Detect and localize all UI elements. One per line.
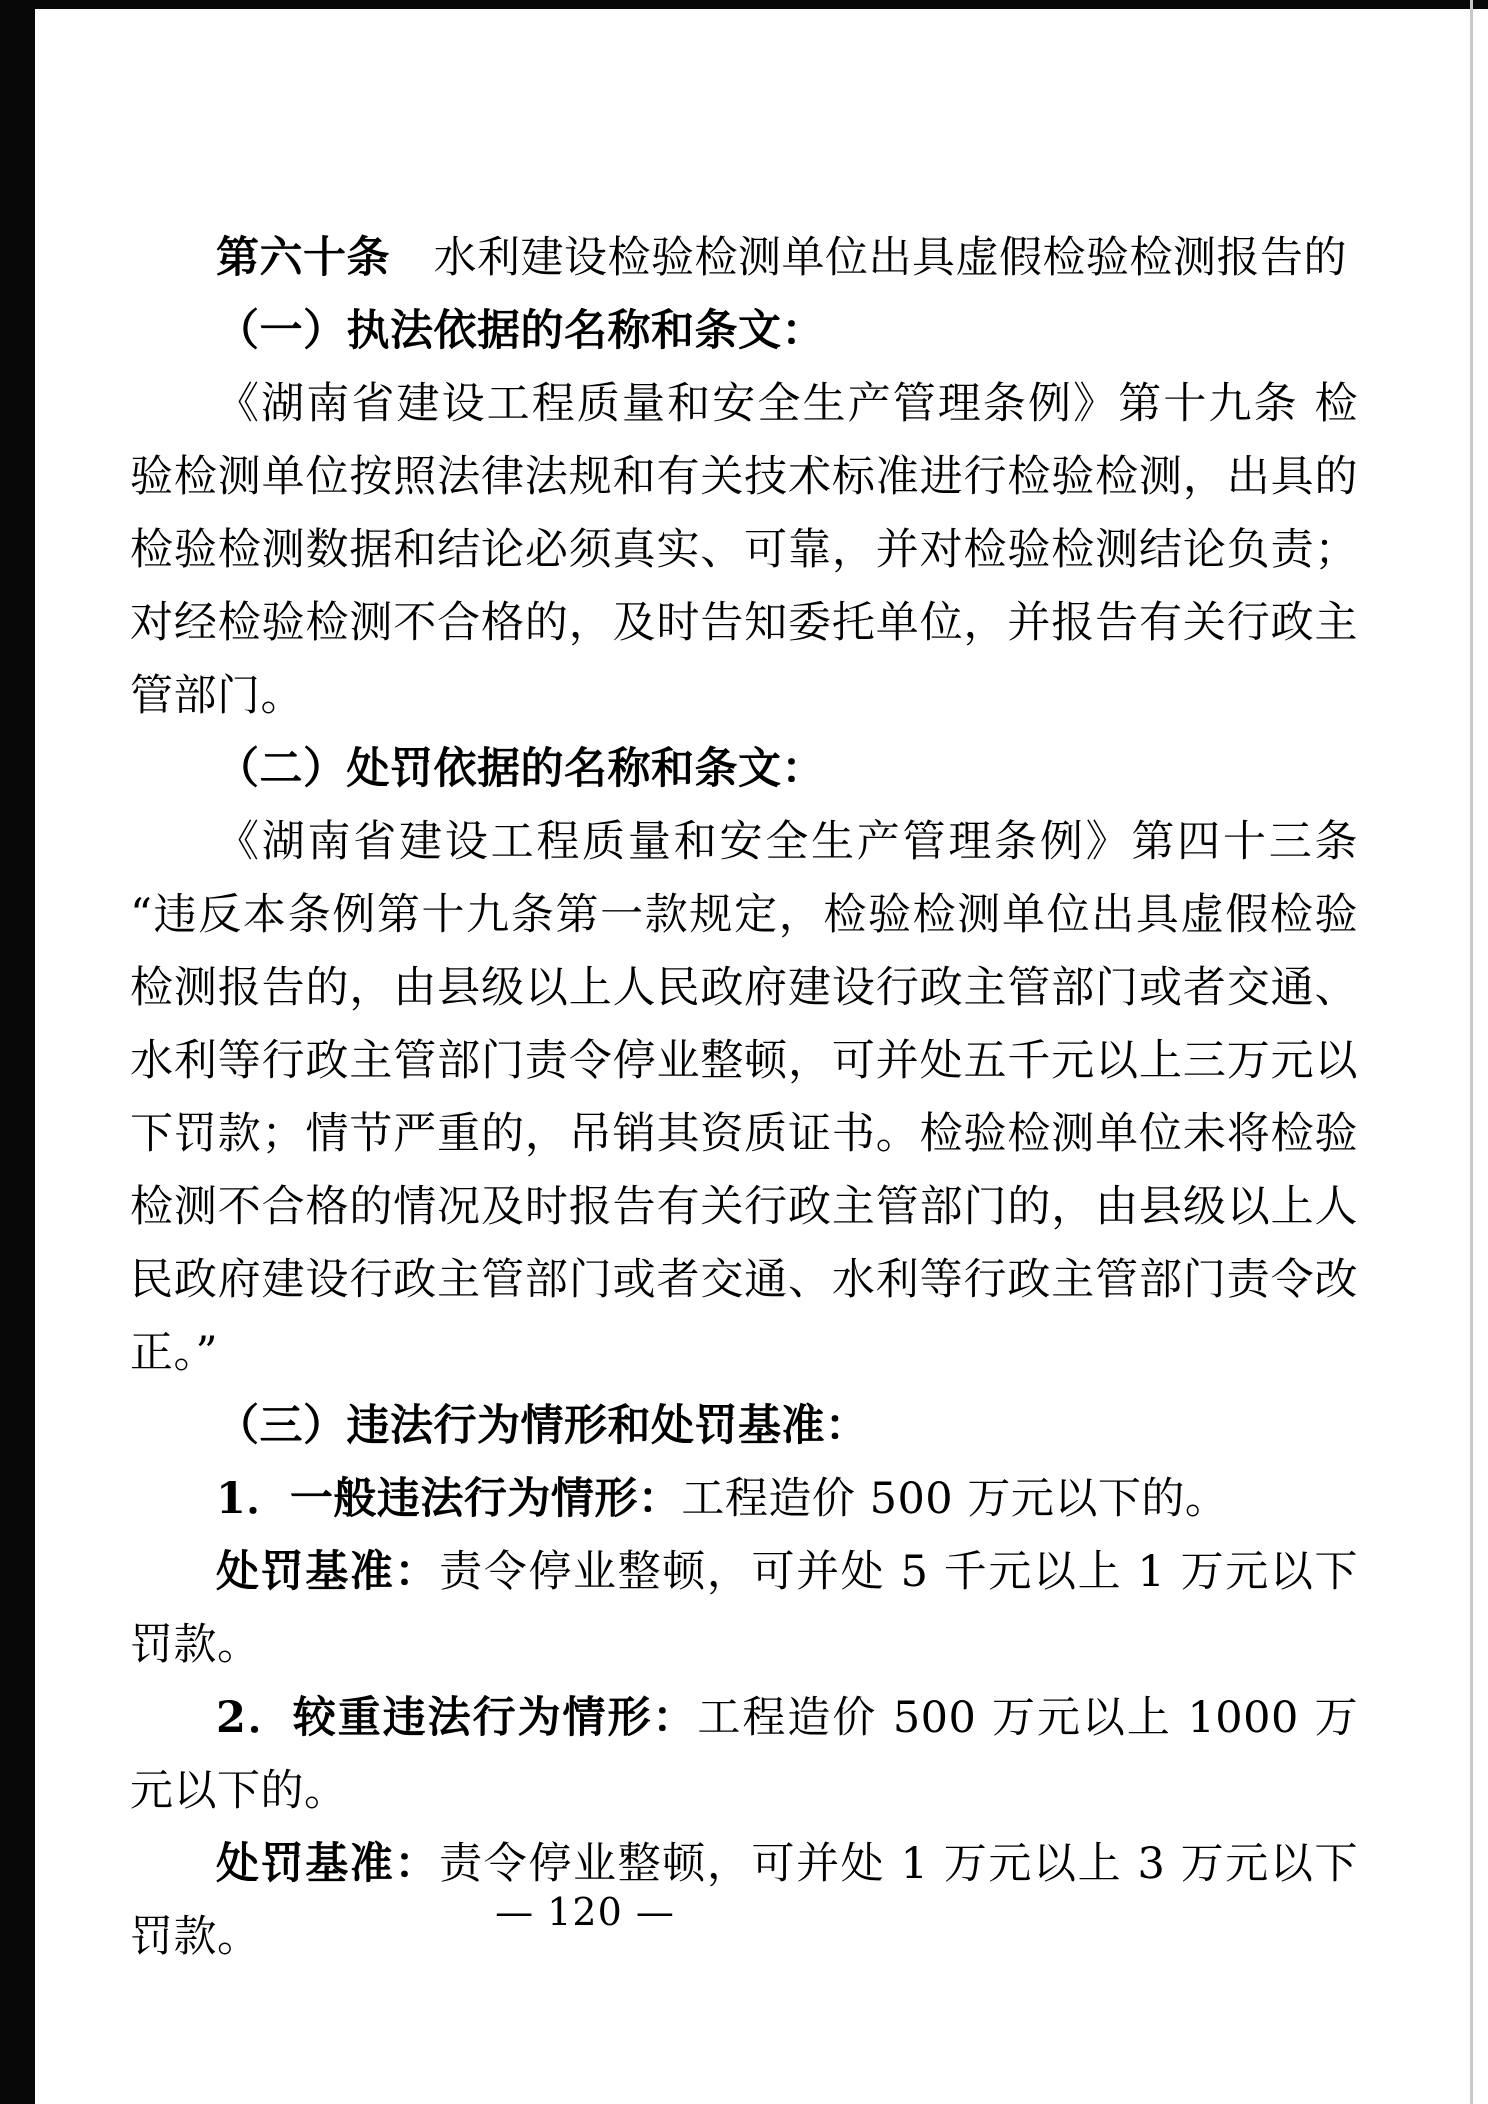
scan-border-top bbox=[0, 0, 1488, 9]
section-3-heading: （三）违法行为情形和处罚基准： bbox=[130, 1390, 1358, 1463]
document-page: 第六十条 水利建设检验检测单位出具虚假检验检测报告的 （一）执法依据的名称和条文… bbox=[0, 0, 1488, 2104]
article-title-text: 水利建设检验检测单位出具虚假检验检测报告的 bbox=[390, 233, 1347, 283]
article-number-label: 第六十条 bbox=[216, 233, 390, 283]
page-number: — 120 — bbox=[420, 1890, 750, 1934]
penalty-standard-2-label: 处罚基准： bbox=[216, 1839, 439, 1889]
violation-level-2-label: 2．较重违法行为情形： bbox=[216, 1693, 697, 1743]
violation-level-1-label: 1．一般违法行为情形： bbox=[216, 1474, 681, 1524]
scan-edge-right-line bbox=[1470, 0, 1473, 2104]
penalty-basis-paragraph: 《湖南省建设工程质量和安全生产管理条例》第四十三条“违反本条例第十九条第一款规定… bbox=[130, 806, 1358, 1390]
article-60-opening: 第六十条 水利建设检验检测单位出具虚假检验检测报告的 bbox=[130, 222, 1358, 295]
section-2-heading: （二）处罚依据的名称和条文： bbox=[130, 733, 1358, 806]
penalty-standard-1-label: 处罚基准： bbox=[216, 1547, 439, 1597]
penalty-standard-1-paragraph: 处罚基准：责令停业整顿，可并处 5 千元以上 1 万元以下罚款。 bbox=[130, 1536, 1358, 1682]
article-body: 第六十条 水利建设检验检测单位出具虚假检验检测报告的 （一）执法依据的名称和条文… bbox=[130, 222, 1358, 1974]
violation-level-2-paragraph: 2．较重违法行为情形：工程造价 500 万元以上 1000 万元以下的。 bbox=[130, 1682, 1358, 1828]
section-1-heading: （一）执法依据的名称和条文： bbox=[130, 295, 1358, 368]
violation-level-1-paragraph: 1．一般违法行为情形：工程造价 500 万元以下的。 bbox=[130, 1463, 1358, 1536]
law-basis-paragraph: 《湖南省建设工程质量和安全生产管理条例》第十九条 检验检测单位按照法律法规和有关… bbox=[130, 368, 1358, 733]
scan-border-left bbox=[0, 0, 35, 2104]
